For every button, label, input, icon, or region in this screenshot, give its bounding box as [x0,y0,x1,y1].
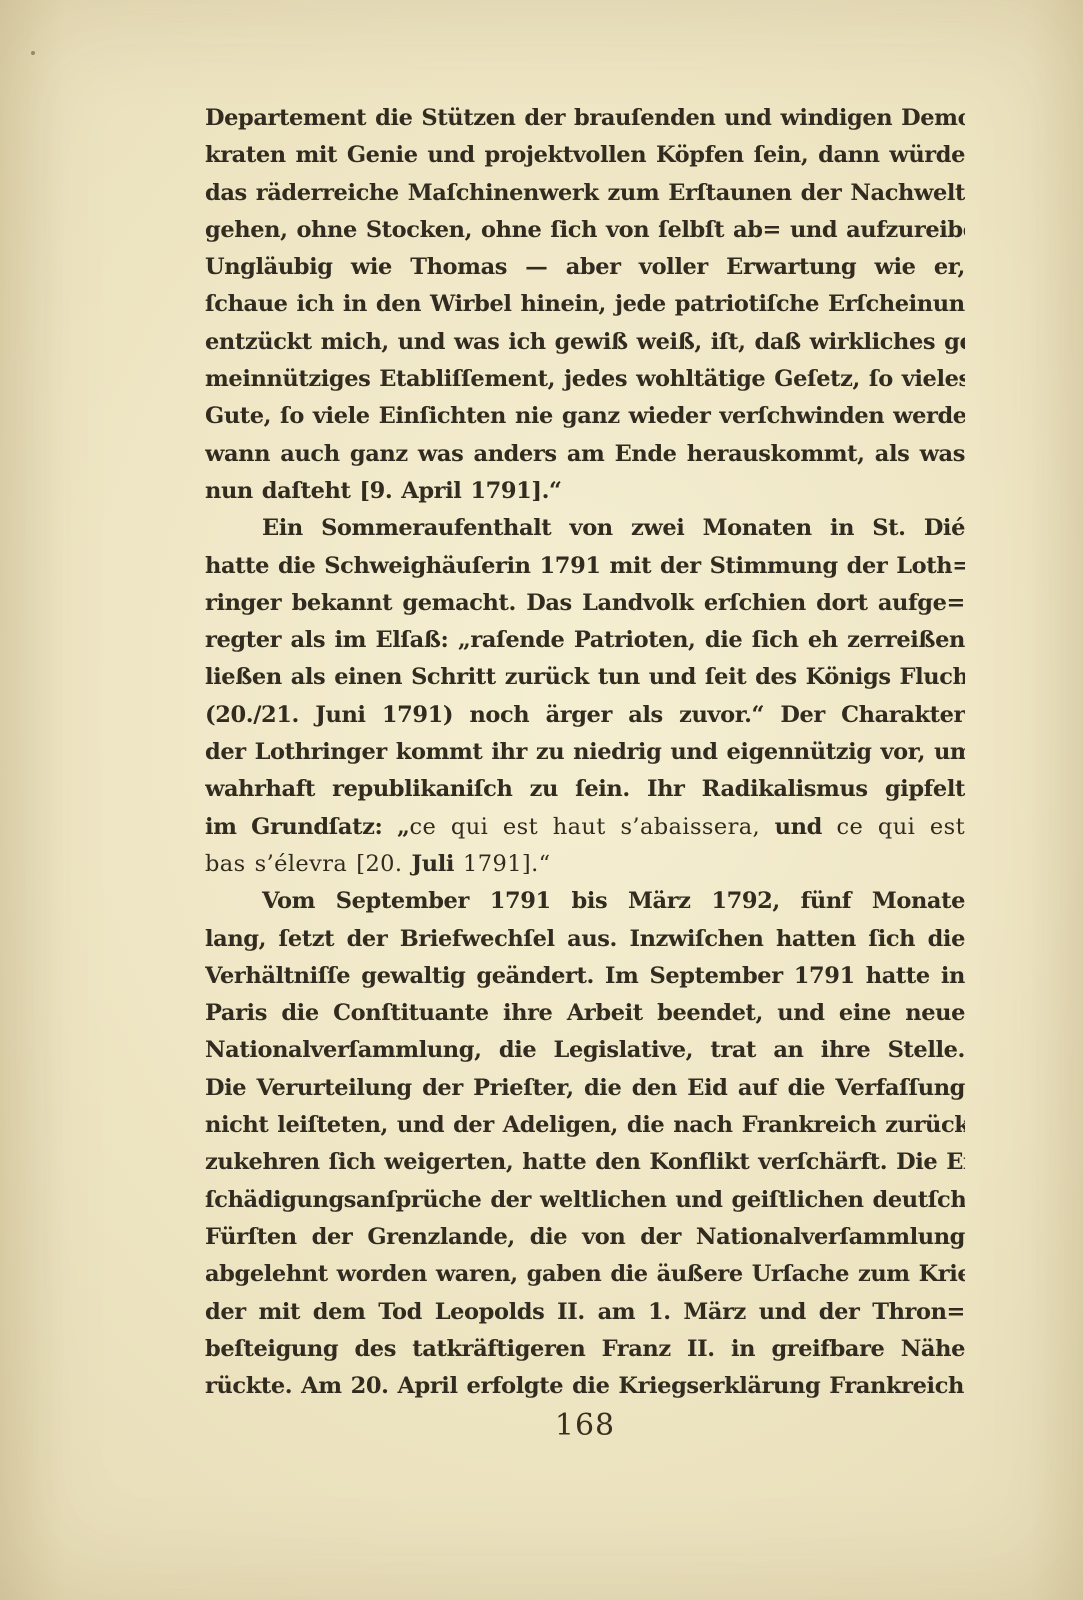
text-line: nun daſteht [9. April 1791].“ [205,473,965,510]
text-line: Nationalverſammlung, die Legislative, tr… [205,1032,965,1069]
text-line: ſchaue ich in den Wirbel hinein, jede pa… [205,286,965,323]
text-line: hatte die Schweighäuſerin 1791 mit der S… [205,548,965,585]
text-line: rückte. Am 20. April erfolgte die Kriegs… [205,1368,965,1405]
text-line: kraten mit Genie und projektvollen Köpfe… [205,137,965,174]
text-segment-fraktur: Juli [412,851,455,877]
text-segment-roman: ce qui est [837,814,965,840]
book-page: Departement die Stützen der brauſenden u… [0,0,1083,1600]
text-line: ließen als einen Schritt zurück tun und … [205,659,965,696]
text-line: ringer bekannt gemacht. Das Landvolk erſ… [205,585,965,622]
text-line: Vom September 1791 bis März 1792, fünf M… [205,883,965,920]
text-line: Fürſten der Grenzlande, die von der Nati… [205,1219,965,1256]
text-line: Verhältniſſe gewaltig geändert. Im Septe… [205,958,965,995]
text-segment-fraktur: und [760,814,836,840]
text-line: nicht leiſteten, und der Adeligen, die n… [205,1107,965,1144]
text-line: wann auch ganz was anders am Ende heraus… [205,436,965,473]
text-line: Gute, ſo viele Einſichten nie ganz wiede… [205,398,965,435]
text-line: der mit dem Tod Leopolds II. am 1. März … [205,1294,965,1331]
text-line: der Lothringer kommt ihr zu niedrig und … [205,734,965,771]
text-line: entzückt mich, und was ich gewiß weiß, i… [205,324,965,361]
text-line: (20./21. Juni 1791) noch ärger als zuvor… [205,697,965,734]
text-line: zukehren ſich weigerten, hatte den Konfl… [205,1144,965,1181]
text-segment-roman: 1791].“ [454,851,551,877]
text-line: Die Verurteilung der Prieſter, die den E… [205,1070,965,1107]
text-line: Ein Sommeraufenthalt von zwei Monaten in… [205,510,965,547]
text-line: regter als im Elſaß: „raſende Patrioten,… [205,622,965,659]
text-line: Ungläubig wie Thomas — aber voller Erwar… [205,249,965,286]
text-line: das räderreiche Maſchinenwerk zum Erſtau… [205,175,965,212]
text-line: beſteigung des tatkräftigeren Franz II. … [205,1331,965,1368]
text-segment-roman: bas s’élevra [20. [205,851,412,877]
text-segment-fraktur: im Grundſatz: „ [205,814,410,840]
page-number: 168 [205,1406,965,1446]
text-line: lang, ſetzt der Briefwechſel aus. Inzwiſ… [205,921,965,958]
text-segment-roman: ce qui est haut s’abaissera, [410,814,761,840]
text-line: Departement die Stützen der brauſenden u… [205,100,965,137]
text-line: bas s’élevra [20. Juli 1791].“ [205,846,965,883]
text-line: meinnütziges Etabliſſement, jedes wohltä… [205,361,965,398]
text-line: abgelehnt worden waren, gaben die äußere… [205,1256,965,1293]
text-line: Paris die Conſtituante ihre Arbeit beend… [205,995,965,1032]
text-line: im Grundſatz: „ce qui est haut s’abaisse… [205,809,965,846]
text-line: ſchädigungsanſprüche der weltlichen und … [205,1182,965,1219]
page-text-block: Departement die Stützen der brauſenden u… [205,100,965,1405]
text-line: gehen, ohne Stocken, ohne ſich von ſelbſ… [205,212,965,249]
paper-speck [31,51,35,55]
text-line: wahrhaft republikaniſch zu ſein. Ihr Rad… [205,771,965,808]
